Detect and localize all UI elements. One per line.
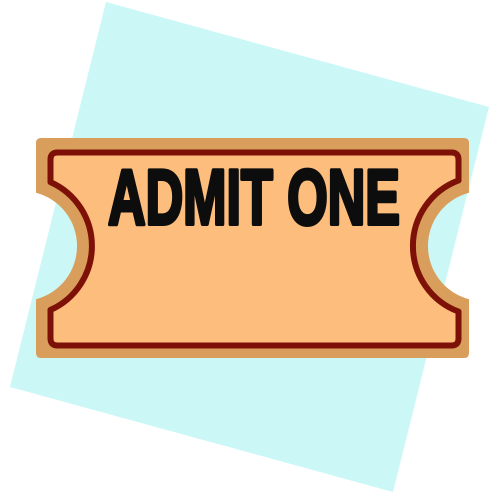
admit-one-ticket-illustration: ADMIT ONE [0, 0, 492, 492]
clipart-canvas: ADMIT ONE [0, 0, 492, 492]
admit-one-text: ADMIT ONE [108, 153, 400, 241]
